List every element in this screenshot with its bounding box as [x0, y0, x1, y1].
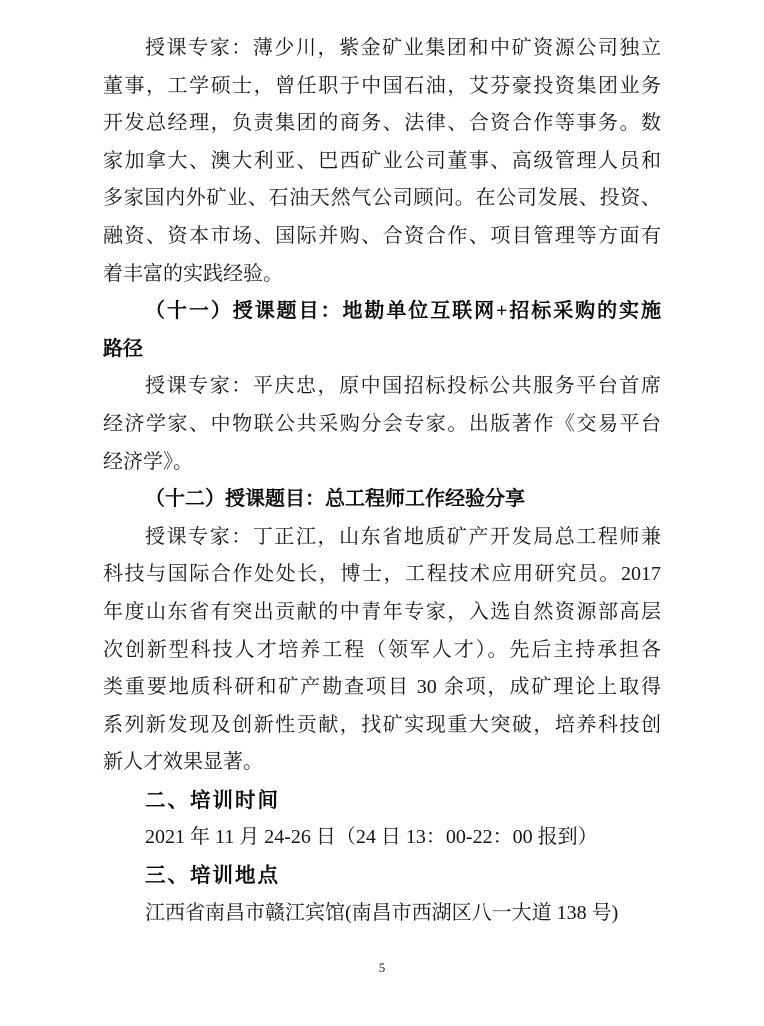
text-line: 江西省南昌市赣江宾馆(南昌市西湖区八一大道 138 号) — [103, 895, 661, 933]
text-line: 系列新发现及创新性贡献，找矿实现重大突破，培养科技创 — [103, 707, 661, 745]
text-line: 新人才效果显著。 — [103, 744, 661, 782]
text-line: 2021 年 11 月 24-26 日（24 日 13：00-22：00 报到） — [103, 819, 661, 857]
text-line: 路径 — [103, 331, 661, 369]
text-line: （十一）授课题目：地勘单位互联网+招标采购的实施 — [103, 293, 661, 331]
text-line: 二、培训时间 — [103, 782, 661, 820]
text-line: 家加拿大、澳大利亚、巴西矿业公司董事、高级管理人员和 — [103, 143, 661, 181]
text-line: 着丰富的实践经验。 — [103, 256, 661, 294]
text-line: （十二）授课题目：总工程师工作经验分享 — [103, 481, 661, 519]
text-line: 年度山东省有突出贡献的中青年专家，入选自然资源部高层 — [103, 594, 661, 632]
text-line: 授课专家：丁正江，山东省地质矿产开发局总工程师兼 — [103, 519, 661, 557]
text-line: 开发总经理，负责集团的商务、法律、合资合作等事务。数 — [103, 105, 661, 143]
document-page: 授课专家：薄少川，紫金矿业集团和中矿资源公司独立董事，工学硕士，曾任职于中国石油… — [0, 0, 764, 1026]
text-line: 科技与国际合作处处长，博士，工程技术应用研究员。2017 — [103, 556, 661, 594]
text-line: 董事，工学硕士，曾任职于中国石油，艾芬豪投资集团业务 — [103, 68, 661, 106]
text-line: 三、培训地点 — [103, 857, 661, 895]
page-number: 5 — [0, 960, 764, 976]
text-line: 融资、资本市场、国际并购、合资合作、项目管理等方面有 — [103, 218, 661, 256]
text-line: 授课专家：平庆忠，原中国招标投标公共服务平台首席 — [103, 368, 661, 406]
text-line: 类重要地质科研和矿产勘查项目 30 余项，成矿理论上取得 — [103, 669, 661, 707]
text-line: 经济学家、中物联公共采购分会专家。出版著作《交易平台 — [103, 406, 661, 444]
document-body: 授课专家：薄少川，紫金矿业集团和中矿资源公司独立董事，工学硕士，曾任职于中国石油… — [103, 30, 661, 932]
text-line: 经济学》。 — [103, 444, 661, 482]
text-line: 多家国内外矿业、石油天然气公司顾问。在公司发展、投资、 — [103, 180, 661, 218]
text-line: 次创新型科技人才培养工程（领军人才）。先后主持承担各 — [103, 632, 661, 670]
text-line: 授课专家：薄少川，紫金矿业集团和中矿资源公司独立 — [103, 30, 661, 68]
